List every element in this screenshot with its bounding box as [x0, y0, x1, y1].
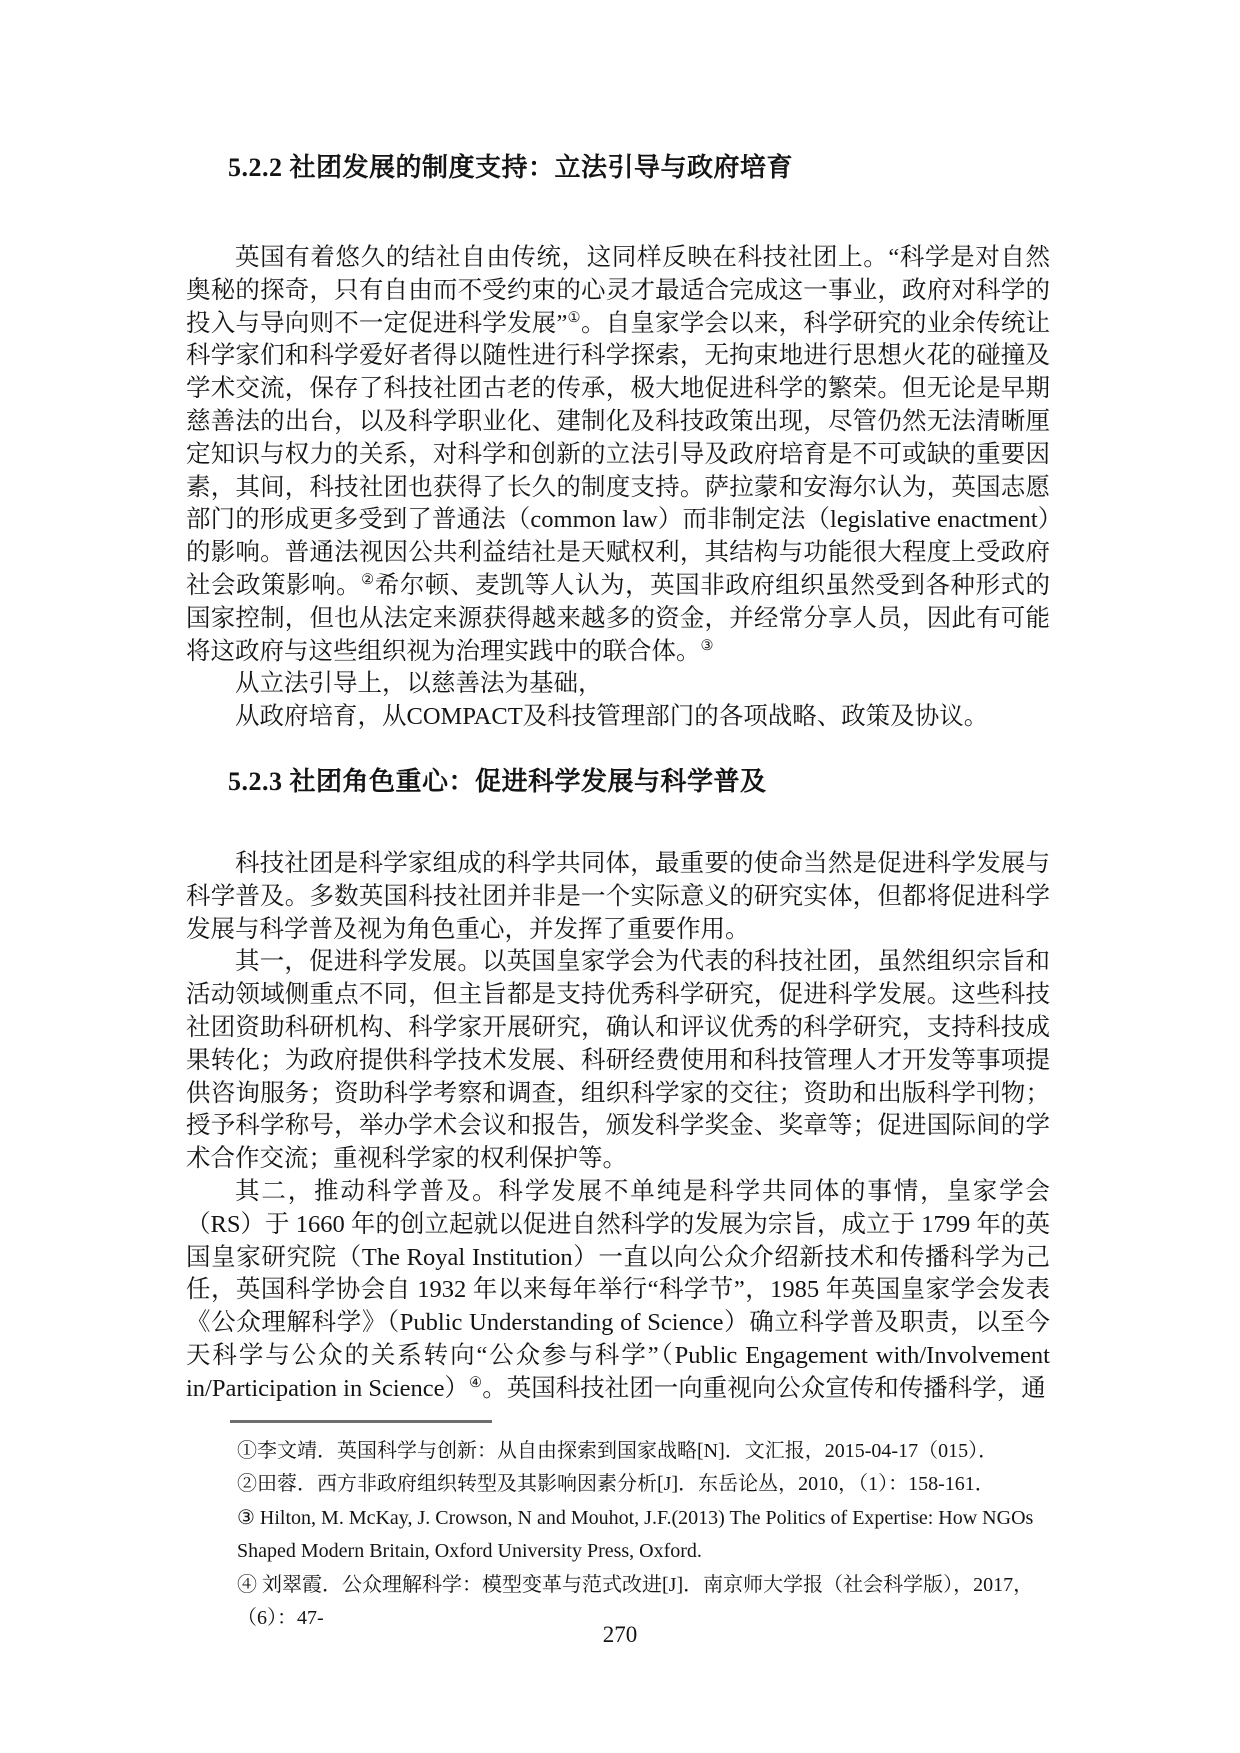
footnotes: ①李文靖．英国科学与创新：从自由探索到国家战略[N]．文汇报，2015-04-1…: [237, 1435, 1050, 1636]
page-number: 270: [0, 1622, 1240, 1648]
footnote-ref: ④: [469, 1375, 482, 1391]
paragraph: 其一，促进科学发展。以英国皇家学会为代表的科技社团，虽然组织宗旨和活动领域侧重点…: [186, 946, 1050, 1176]
paragraph: 从立法引导上，以慈善法为基础，: [186, 668, 1050, 701]
paragraph: 其二，推动科学普及。科学发展不单纯是科学共同体的事情，皇家学会（RS）于 166…: [186, 1176, 1050, 1406]
section: 5.2.3 社团角色重心：促进科学发展与科学普及科技社团是科学家组成的科学共同体…: [186, 764, 1050, 1406]
paragraph: 从政府培育，从COMPACT及科技管理部门的各项战略、政策及协议。: [186, 701, 1050, 734]
footnote-ref: ③: [701, 637, 714, 653]
page-content: 5.2.2 社团发展的制度支持：立法引导与政府培育英国有着悠久的结社自由传统，这…: [186, 150, 1050, 1636]
footnote-ref: ①: [567, 309, 581, 325]
section: 5.2.2 社团发展的制度支持：立法引导与政府培育英国有着悠久的结社自由传统，这…: [186, 150, 1050, 734]
footnote-separator: [230, 1420, 492, 1423]
section-heading: 5.2.2 社团发展的制度支持：立法引导与政府培育: [228, 150, 1050, 186]
sections: 5.2.2 社团发展的制度支持：立法引导与政府培育英国有着悠久的结社自由传统，这…: [186, 150, 1050, 1406]
paragraph: 英国有着悠久的结社自由传统，这同样反映在科技社团上。“科学是对自然奥秘的探奇，只…: [186, 242, 1050, 668]
footnote-ref: ②: [361, 572, 375, 588]
footnote: ③ Hilton, M. McKay, J. Crowson, N and Mo…: [237, 1502, 1050, 1569]
footnote: ①李文靖．英国科学与创新：从自由探索到国家战略[N]．文汇报，2015-04-1…: [237, 1435, 1050, 1469]
section-heading: 5.2.3 社团角色重心：促进科学发展与科学普及: [228, 764, 1050, 800]
paragraph: 科技社团是科学家组成的科学共同体，最重要的使命当然是促进科学发展与科学普及。多数…: [186, 848, 1050, 946]
footnote: ②田蓉．西方非政府组织转型及其影响因素分析[J]．东岳论丛，2010，（1）：1…: [237, 1468, 1050, 1502]
document-page: 5.2.2 社团发展的制度支持：立法引导与政府培育英国有着悠久的结社自由传统，这…: [0, 0, 1240, 1753]
